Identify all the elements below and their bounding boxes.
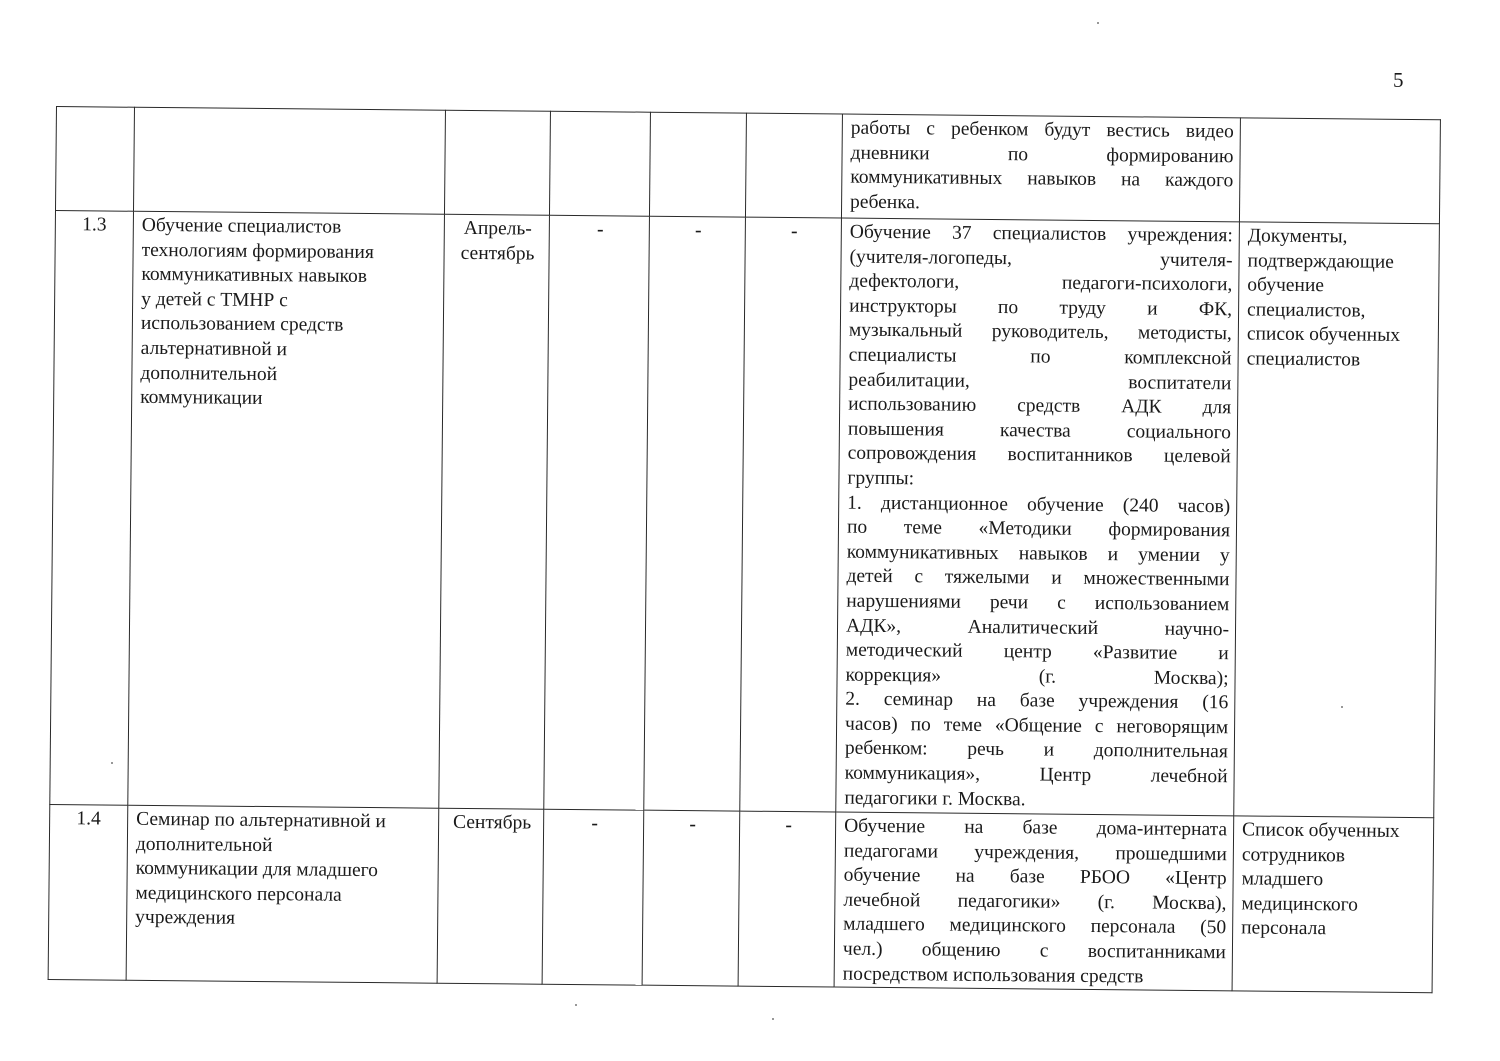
text-line: посредством использования средств: [843, 962, 1226, 990]
text-line: учреждения: [135, 906, 431, 933]
scan-artifact: [1097, 22, 1099, 24]
text-line: Обучение специалистов: [142, 214, 438, 241]
table-row: работы с ребенком будут вестись видеодне…: [55, 107, 1440, 224]
row-number-cell: 1.4: [48, 804, 128, 980]
text-line: повышения качества социального: [848, 417, 1231, 445]
table-row: 1.3 Обучение специалистовтехнологиям фор…: [50, 210, 1440, 817]
period-cell: [444, 110, 550, 215]
value-cell: [649, 112, 746, 217]
table-body: работы с ребенком будут вестись видеодне…: [48, 107, 1440, 993]
value-cell: -: [542, 809, 644, 985]
text-line: медицинского: [1241, 892, 1426, 918]
text-line: специалистов,: [1247, 298, 1432, 324]
text-line: (учителя-логопеды, учителя-: [849, 245, 1232, 273]
text-line: специалисты по комплексной: [849, 344, 1232, 372]
text-line: младшего медицинского персонала (50: [843, 913, 1226, 941]
text-line: сопровождения воспитанников целевой: [848, 442, 1231, 470]
text-line: АДК», Аналитический научно-: [846, 614, 1229, 642]
text-line: детей с тяжелыми и множественными: [846, 565, 1229, 593]
text-line: младшего: [1242, 868, 1427, 894]
text-line: педагогами учреждения, прошедшими: [844, 839, 1227, 867]
text-line: у детей с ТМНР с: [141, 288, 437, 315]
text-line: 2. семинар на базе учреждения (16: [845, 688, 1228, 716]
table-row: 1.4 Семинар по альтернативной идополните…: [48, 804, 1434, 992]
text-line: ребенка.: [850, 190, 1233, 218]
text-line: дополнительной: [140, 361, 436, 388]
activity-cell: Обучение специалистовтехнологиям формиро…: [128, 211, 445, 808]
text-line: Семинар по альтернативной и: [136, 808, 432, 835]
text-line: ребенком: речь и дополнительная: [845, 737, 1228, 765]
documents-cell: Документы,подтверждающиеобучениеспециали…: [1234, 222, 1440, 818]
activity-cell: [133, 107, 445, 214]
value-cell: [745, 113, 842, 218]
text-line: Документы,: [1248, 224, 1433, 250]
result-cell: Обучение на базе дома-интернатапедагогам…: [834, 812, 1234, 991]
text-line: коммуникативных навыков на каждого: [850, 166, 1233, 194]
text-line: коммуникации: [140, 386, 436, 413]
text-line: Список обученных: [1242, 818, 1427, 844]
text-line: 1. дистанционное обучение (240 часов): [847, 491, 1230, 519]
text-line: специалистов: [1247, 347, 1432, 373]
text-line: коммуникативных навыков и умении у: [847, 540, 1230, 568]
text-line: альтернативной и: [141, 337, 437, 364]
text-line: медицинского персонала: [135, 882, 431, 909]
text-line: Апрель-: [453, 217, 543, 242]
value-cell: -: [740, 217, 842, 812]
text-line: персонала: [1241, 917, 1426, 943]
period-cell: Сентябрь: [437, 808, 544, 984]
scan-artifact: [575, 1004, 577, 1006]
text-line: Обучение на базе дома-интерната: [844, 815, 1227, 843]
row-number-cell: [55, 107, 134, 212]
documents-cell: Список обученныхсотрудниковмладшегомедиц…: [1232, 816, 1434, 993]
text-line: реабилитации, воспитатели: [848, 368, 1231, 396]
text-line: подтверждающие: [1247, 249, 1432, 275]
text-line: инструкторы по труду и ФК,: [849, 294, 1232, 322]
text-line: коммуникация», Центр лечебной: [845, 762, 1228, 790]
text-line: обучение на базе РБОО «Центр: [844, 864, 1227, 892]
text-line: Сентябрь: [447, 811, 537, 836]
text-line: дополнительной: [136, 832, 432, 859]
text-line: по теме «Методики формирования: [847, 516, 1230, 544]
text-line: музыкальный руководитель, методисты,: [849, 319, 1232, 347]
text-line: Обучение 37 специалистов учреждения:: [850, 221, 1233, 249]
text-line: коррекция» (г. Москва);: [845, 663, 1228, 691]
value-cell: -: [642, 810, 740, 986]
text-line: список обученных: [1247, 323, 1432, 349]
period-cell: Апрель-сентябрь: [439, 214, 550, 809]
text-line: использованием средств: [141, 312, 437, 339]
text-line: педагогики г. Москва.: [844, 786, 1227, 814]
text-line: сентябрь: [452, 241, 542, 266]
text-line: дневники по формированию: [850, 141, 1233, 169]
documents-cell: [1239, 118, 1440, 224]
text-line: дефектологи, педагоги-психологи,: [849, 270, 1232, 298]
text-line: коммуникативных навыков: [141, 263, 437, 290]
text-line: коммуникации для младшего: [136, 857, 432, 884]
activity-plan-table: работы с ребенком будут вестись видеодне…: [48, 106, 1441, 993]
value-cell: -: [738, 811, 836, 987]
text-line: нарушениями речи с использованием: [846, 590, 1229, 618]
scan-artifact: [772, 1018, 774, 1020]
text-line: использованию средств АДК для: [848, 393, 1231, 421]
result-cell: работы с ребенком будут вестись видеодне…: [841, 114, 1240, 222]
text-line: группы:: [847, 467, 1230, 495]
value-cell: [549, 111, 650, 216]
result-cell: Обучение 37 специалистов учреждения:(учи…: [836, 218, 1240, 816]
text-line: часов) по теме «Общение с неговорящим: [845, 712, 1228, 740]
page-number: 5: [1393, 68, 1404, 93]
text-line: обучение: [1247, 274, 1432, 300]
text-line: методический центр «Развитие и: [846, 639, 1229, 667]
activity-cell: Семинар по альтернативной идополнительно…: [126, 805, 439, 983]
text-line: сотрудников: [1242, 843, 1427, 869]
text-line: чел.) общению с воспитанниками: [843, 938, 1226, 966]
value-cell: -: [644, 216, 746, 811]
text-line: лечебной педагогики» (г. Москва),: [843, 888, 1226, 916]
row-number-cell: 1.3: [50, 210, 134, 805]
text-line: технологиям формирования: [141, 238, 437, 265]
text-line: работы с ребенком будут вестись видео: [851, 117, 1234, 145]
value-cell: -: [544, 215, 650, 810]
